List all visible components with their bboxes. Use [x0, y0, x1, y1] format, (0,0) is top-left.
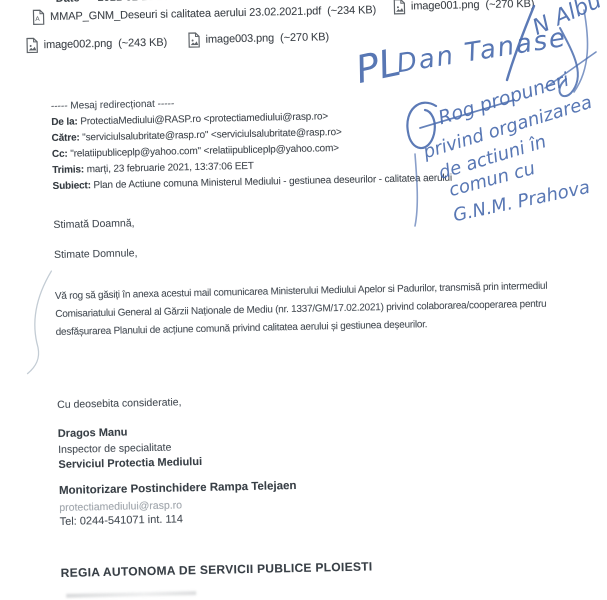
date-line: Date2021-02-23 13:37: [56, 0, 185, 5]
attachment-name: image003.png: [205, 32, 274, 45]
image-file-icon: [187, 32, 200, 48]
signature-email-link[interactable]: protectiamediului@rasp.ro: [59, 499, 182, 514]
salutation-sir: Stimate Domnule,: [54, 247, 138, 261]
attachment-name: image001.png: [411, 0, 480, 12]
attachment-chip[interactable]: image001.png (~270 KB): [393, 0, 535, 15]
signature-unit: Monitorizare Postinchidere Rampa Telejae…: [59, 480, 297, 497]
cut-off-text-artifact: [66, 591, 196, 598]
printed-content: Date2021-02-23 13:37 A MMAP_GNM_Deseuri …: [0, 0, 607, 600]
attachment-size: (~243 KB): [118, 37, 167, 50]
image-file-icon: [393, 0, 406, 15]
svg-text:A: A: [35, 16, 40, 23]
signature-name: Dragos Manu: [58, 427, 128, 440]
header-cc-value: "relatiipubliceplp@yahoo.com" <relatiipu…: [70, 143, 339, 160]
header-from-value: ProtectiaMediului@RASP.ro <protectiamedi…: [80, 111, 328, 127]
attachment-name: MMAP_GNM_Deseuri si calitatea aerului 23…: [50, 5, 321, 23]
header-cc: Cc: "relatiipubliceplp@yahoo.com" <relat…: [52, 143, 339, 160]
date-label: Date: [56, 0, 80, 5]
header-sent: Trimis: marți, 23 februarie 2021, 13:37:…: [52, 161, 254, 176]
attachment-name: image002.png: [44, 38, 113, 51]
header-subject-label: Subiect:: [53, 180, 91, 192]
header-sent-label: Trimis:: [52, 164, 84, 176]
attachment-chip[interactable]: image003.png (~270 KB): [187, 29, 329, 48]
header-subject-value: Plan de Actiune comuna Ministerul Mediul…: [93, 173, 452, 192]
header-sent-value: marți, 23 februarie 2021, 13:37:06 EET: [87, 161, 254, 175]
date-value: 2021-02-23 13:37: [97, 0, 184, 4]
attachment-chip[interactable]: image002.png (~243 KB): [25, 35, 167, 54]
image-file-icon: [25, 37, 38, 53]
header-to-value: "serviciulsalubritate@rasp.ro" <serviciu…: [82, 127, 342, 143]
pdf-file-icon: A: [32, 9, 45, 25]
forwarded-message-divider: ----- Mesaj redirecționat -----: [51, 98, 175, 112]
attachment-chip[interactable]: A MMAP_GNM_Deseuri si calitatea aerului …: [32, 2, 376, 25]
attachment-size: (~234 KB): [327, 4, 376, 17]
email-body-paragraph: Vă rog să găsiți în anexa acestui mail c…: [55, 277, 604, 342]
company-name: REGIA AUTONOMA DE SERVICII PUBLICE PLOIE…: [61, 559, 373, 580]
signature-phone: Tel: 0244-541071 int. 114: [60, 513, 184, 528]
header-from: De la: ProtectiaMediului@RASP.ro <protec…: [51, 111, 328, 128]
scanned-email-document: Date2021-02-23 13:37 A MMAP_GNM_Deseuri …: [0, 0, 607, 600]
attachment-size: (~270 KB): [280, 31, 329, 44]
signature-title: Inspector de specialitate: [58, 442, 171, 456]
salutation-madam: Stimată Doamnă,: [53, 217, 134, 231]
attachment-size: (~270 KB): [485, 0, 534, 11]
header-from-label: De la:: [51, 116, 78, 128]
signature-department: Serviciul Protectia Mediului: [58, 456, 202, 471]
header-subject: Subiect: Plan de Actiune comuna Minister…: [53, 173, 453, 192]
header-to-label: Către:: [52, 132, 80, 144]
closing-line: Cu deosebita consideratie,: [57, 396, 182, 411]
header-to: Către: "serviciulsalubritate@rasp.ro" <s…: [52, 127, 342, 144]
header-cc-label: Cc:: [52, 149, 68, 160]
